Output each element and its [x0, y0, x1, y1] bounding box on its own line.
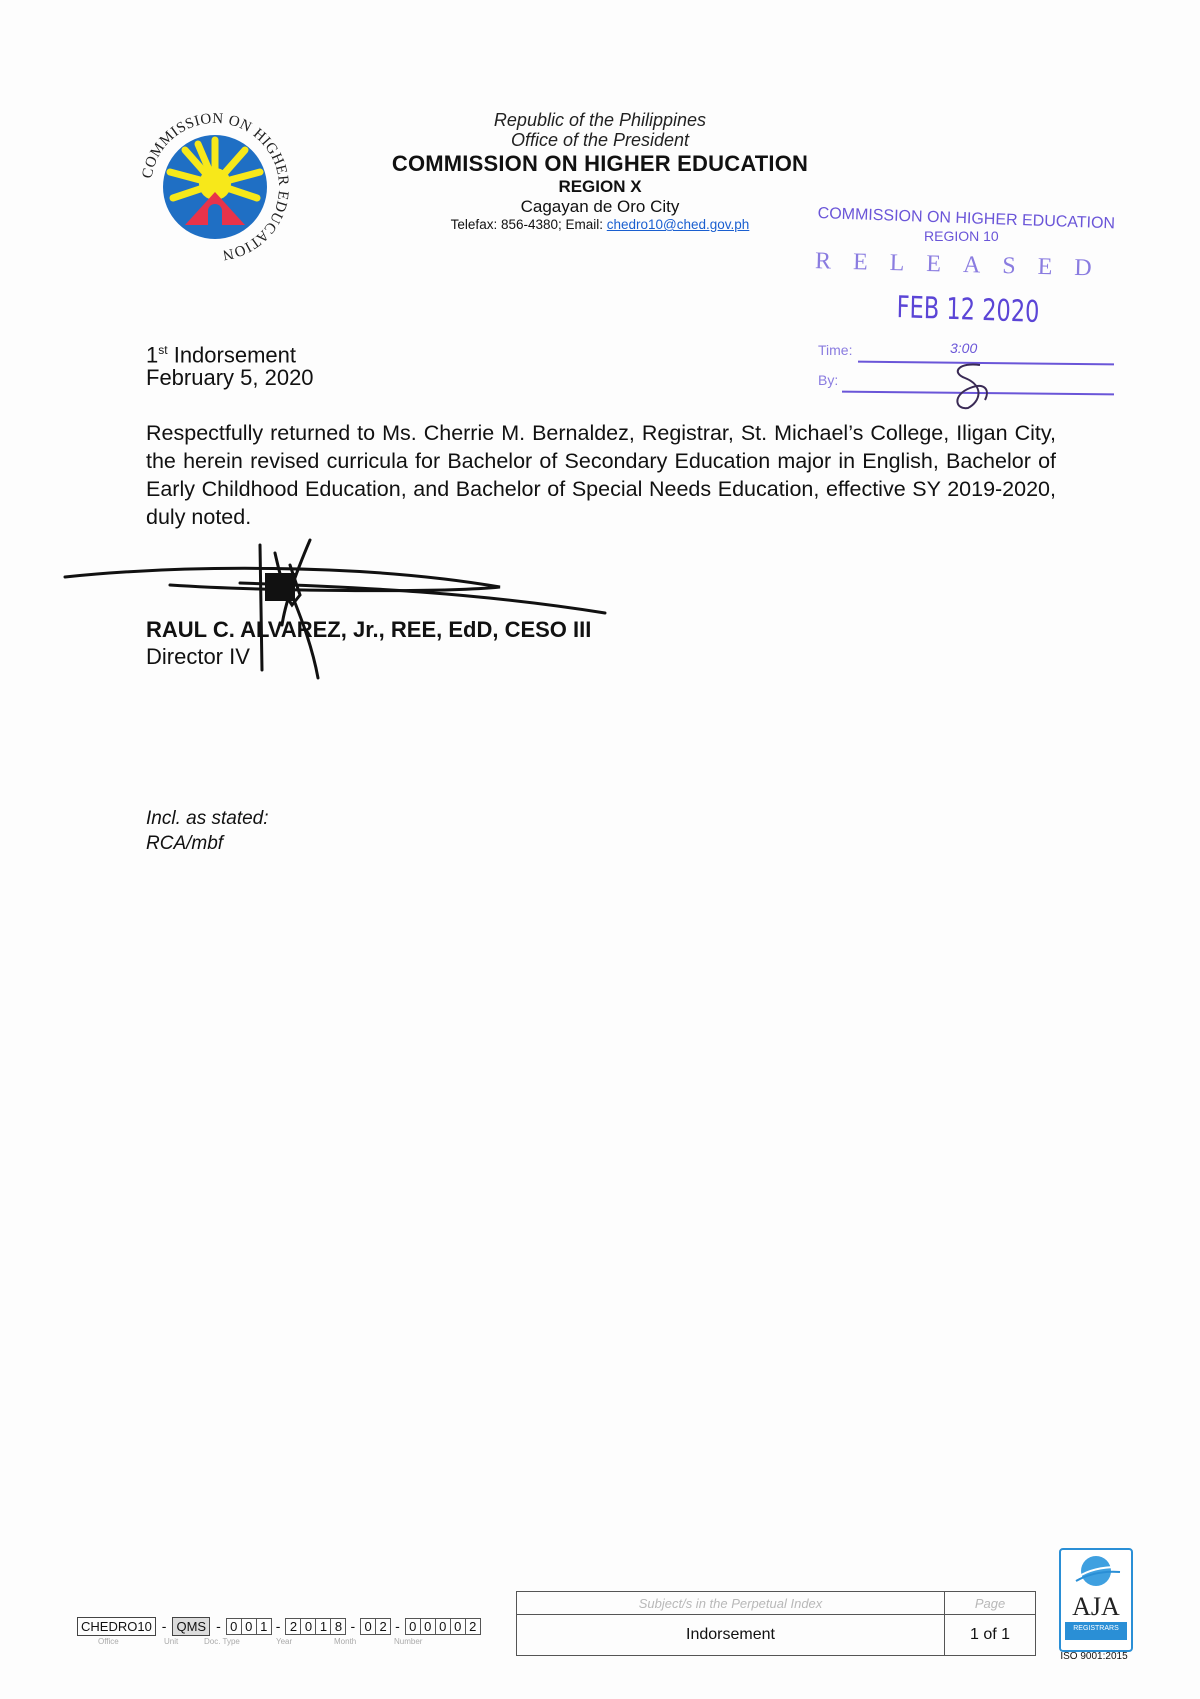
- aja-certification-badge: AJA REGISTRARS: [1059, 1548, 1133, 1652]
- ched-logo: COMMISSION ON HIGHER EDUCATION: [140, 112, 290, 262]
- caption-year: Year: [276, 1637, 292, 1646]
- signatory-name: RAUL C. ALVAREZ, Jr., REE, EdD, CESO III: [146, 617, 591, 643]
- index-page-header: Page: [945, 1592, 1036, 1615]
- header-region: REGION X: [360, 177, 840, 197]
- index-page-value: 1 of 1: [945, 1615, 1036, 1656]
- email-link[interactable]: chedro10@ched.gov.ph: [607, 217, 750, 232]
- header-office: Office of the President: [360, 130, 840, 151]
- caption-number: Number: [394, 1637, 422, 1646]
- stamp-initials-icon: [940, 360, 1000, 415]
- signatory-title: Director IV: [146, 643, 250, 671]
- body-paragraph: Respectfully returned to Ms. Cherrie M. …: [146, 419, 1056, 531]
- badge-brand: AJA: [1061, 1594, 1131, 1620]
- code-number: 00002: [405, 1618, 480, 1635]
- code-unit: QMS: [172, 1617, 210, 1636]
- header-agency: COMMISSION ON HIGHER EDUCATION: [360, 151, 840, 177]
- header-block: Republic of the Philippines Office of th…: [360, 110, 840, 232]
- code-doc-type: 001: [226, 1618, 271, 1635]
- code-month: 02: [360, 1618, 390, 1635]
- iso-standard-label: ISO 9001:2015: [1056, 1651, 1132, 1662]
- stamp-status: RELEASED: [815, 248, 1114, 283]
- globe-icon: [1070, 1553, 1122, 1589]
- document-code: CHEDRO10-QMS-001-2018-02-00002 Office Un…: [76, 1617, 480, 1636]
- stamp-by-label: By:: [818, 372, 838, 388]
- index-subject-header: Subject/s in the Perpetual Index: [517, 1592, 945, 1615]
- code-year: 2018: [285, 1618, 345, 1635]
- stamp-region: REGION 10: [924, 228, 999, 244]
- header-republic: Republic of the Philippines: [360, 110, 840, 131]
- signature-icon: [60, 535, 620, 685]
- header-contact: Telefax: 856-4380; Email: chedro10@ched.…: [360, 217, 840, 232]
- caption-month: Month: [334, 1637, 356, 1646]
- stamp-time-value: 3:00: [950, 340, 977, 356]
- reference-initials: RCA/mbf: [146, 831, 223, 856]
- caption-unit: Unit: [164, 1637, 178, 1646]
- header-telefax: Telefax: 856-4380; Email:: [451, 217, 607, 232]
- badge-subtitle: REGISTRARS: [1065, 1622, 1127, 1640]
- indorsement-date: February 5, 2020: [146, 364, 314, 392]
- header-city: Cagayan de Oro City: [360, 197, 840, 217]
- ched-seal-icon: COMMISSION ON HIGHER EDUCATION: [140, 112, 290, 262]
- enclosure-note: Incl. as stated:: [146, 806, 269, 831]
- index-subject-value: Indorsement: [517, 1615, 945, 1656]
- stamp-time-label: Time:: [818, 342, 852, 358]
- indorsement-ordinal-suffix: st: [158, 343, 167, 357]
- stamp-date: FEB 12 2020: [896, 290, 1039, 330]
- caption-office: Office: [98, 1637, 119, 1646]
- code-office: CHEDRO10: [77, 1617, 156, 1636]
- perpetual-index-table: Subject/s in the Perpetual Index Page In…: [516, 1591, 1036, 1656]
- caption-doc-type: Doc. Type: [204, 1637, 240, 1646]
